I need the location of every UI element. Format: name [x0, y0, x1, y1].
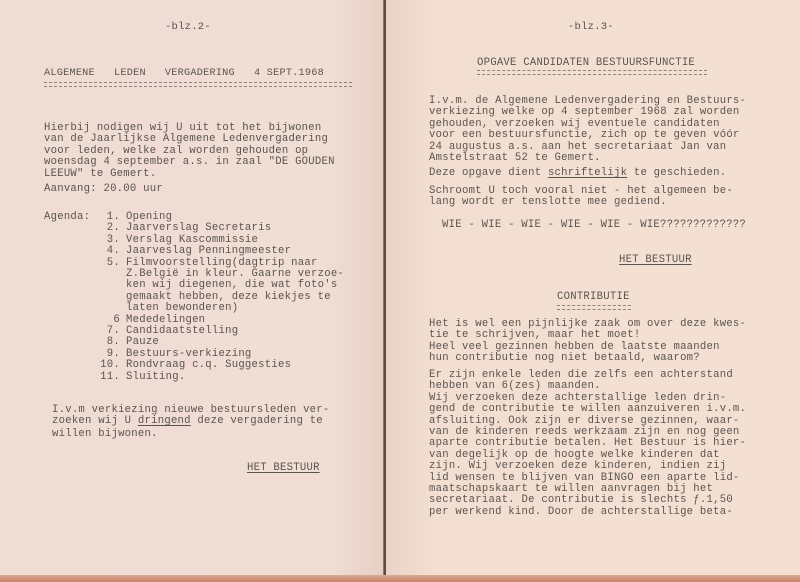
signature: HET BESTUUR — [247, 463, 320, 474]
closing-line-1: I.v.m verkiezing nieuwe bestuursleden ve… — [52, 405, 330, 416]
contributie-paragraph-1: Het is wel een pijnlijke zaak om over de… — [429, 319, 746, 365]
text-line: LEEUW" te Gemert. — [44, 169, 335, 180]
notice-text: te geschieden. — [627, 167, 726, 179]
text-line: gend de contributie te willen aanzuivere… — [429, 404, 746, 415]
start-time: Aanvang: 20.00 uur — [44, 184, 163, 195]
encouragement-paragraph: Schroomt U toch vooral niet - het algeme… — [429, 186, 733, 209]
candidates-heading: OPGAVE CANDIDATEN BESTUURSFUNCTIE — [477, 58, 695, 69]
signature: HET BESTUUR — [619, 255, 692, 266]
agenda-text: Rondvraag c.q. Suggesties — [126, 360, 291, 371]
text-line: zijn. Wij verzoeken deze kinderen, indie… — [429, 461, 746, 472]
written-notice: Deze opgave dient schriftelijk te geschi… — [429, 168, 726, 179]
invitation-paragraph: Hierbij nodigen wij U uit tot het bijwon… — [44, 123, 335, 180]
right-page: -blz.3- OPGAVE CANDIDATEN BESTUURSFUNCTI… — [386, 0, 800, 575]
agenda-text: laten bewonderen) — [126, 303, 238, 314]
closing-line-3: willen bijwonen. — [52, 429, 158, 440]
text-line: Amstelstraat 52 te Gemert. — [429, 153, 746, 164]
agenda-item: 11.Sluiting. — [98, 372, 344, 383]
text-line: per werkend kind. Door de achterstallige… — [429, 507, 746, 518]
agenda-item: 4.Jaarveslag Penningmeester — [98, 246, 344, 257]
agenda-number — [98, 303, 120, 314]
agenda-number: 5. — [98, 258, 120, 269]
page-number: -blz.3- — [568, 22, 614, 33]
agenda-text: Sluiting. — [126, 372, 185, 383]
contributie-heading: CONTRIBUTIE — [557, 292, 630, 303]
page-number: -blz.2- — [165, 22, 211, 33]
heading-double-underline — [477, 70, 707, 75]
closing-text: zoeken wij U — [52, 415, 138, 427]
agenda-item: 10.Rondvraag c.q. Suggesties — [98, 360, 344, 371]
contributie-paragraph-2: Er zijn enkele leden die zelfs een achte… — [429, 370, 746, 518]
agenda-number: 11. — [98, 372, 120, 383]
agenda-item: laten bewonderen) — [98, 303, 344, 314]
book-edge — [0, 575, 800, 582]
agenda-number: 10. — [98, 360, 120, 371]
text-line: lang wordt er tenslotte mee gediend. — [429, 197, 733, 208]
notice-text: Deze opgave dient — [429, 167, 548, 179]
agenda-number — [98, 269, 120, 280]
text-line: secretariaat. De contributie is slechts … — [429, 495, 746, 506]
emphasis-dringend: dringend — [138, 415, 191, 427]
agenda-number — [98, 292, 120, 303]
agenda-number — [98, 280, 120, 291]
emphasis-schriftelijk: schriftelijk — [548, 167, 627, 179]
agenda-text: Jaarveslag Penningmeester — [126, 246, 291, 257]
closing-text: deze vergadering te — [191, 415, 323, 427]
text-line: woensdag 4 september a.s. in zaal "DE GO… — [44, 157, 335, 168]
text-line: hun contributie nog niet betaald, waarom… — [429, 353, 746, 364]
heading-double-underline — [44, 82, 352, 87]
section-double-underline — [557, 305, 631, 310]
agenda-list: 1.Opening2.Jaarverslag Secretaris3.Versl… — [98, 212, 344, 383]
text-line: voor een bestuursfunctie, zich op te gev… — [429, 130, 746, 141]
agenda-label: Agenda: — [44, 212, 90, 223]
agenda-number: 4. — [98, 246, 120, 257]
candidates-paragraph: I.v.m. de Algemene Ledenvergadering en B… — [429, 96, 746, 164]
left-page: -blz.2- ALGEMENE LEDEN VERGADERING 4 SEP… — [0, 0, 384, 575]
closing-line-2: zoeken wij U dringend deze vergadering t… — [52, 416, 323, 427]
meeting-heading: ALGEMENE LEDEN VERGADERING 4 SEPT.1968 — [44, 68, 324, 79]
wie-line: WIE - WIE - WIE - WIE - WIE - WIE???????… — [442, 220, 746, 231]
